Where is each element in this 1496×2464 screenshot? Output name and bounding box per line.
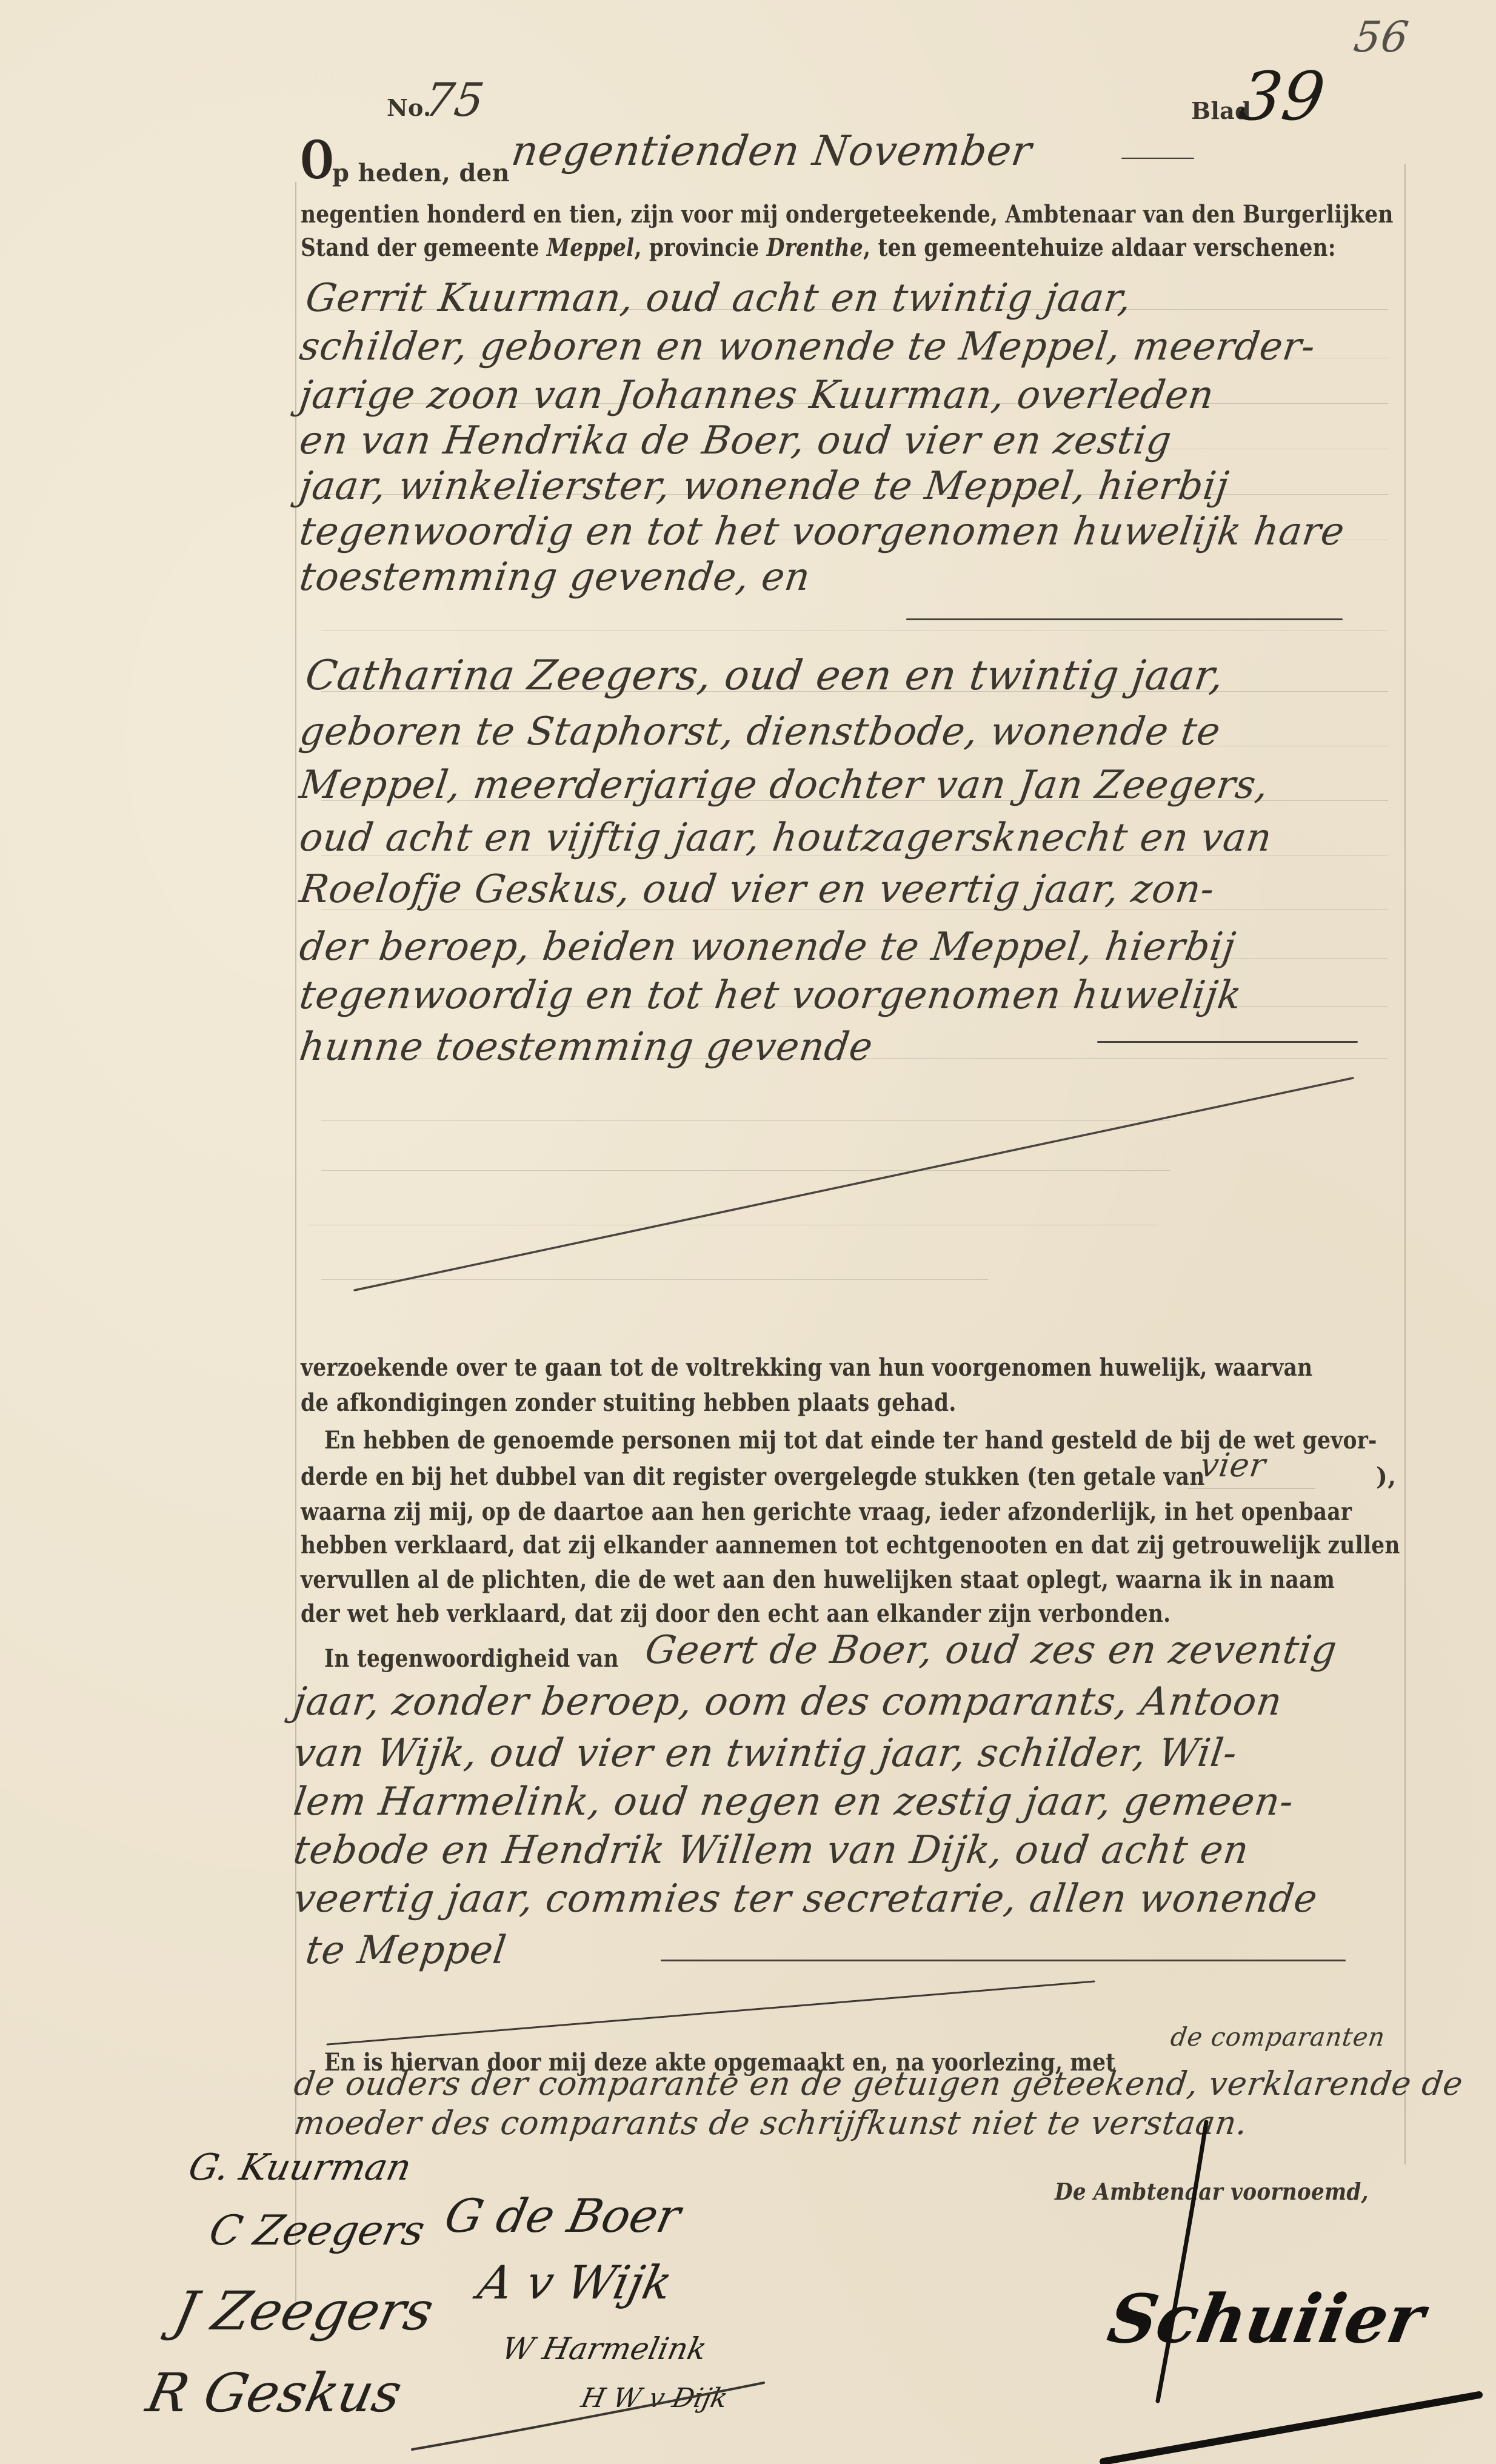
body-line: verzoekende over te gaan tot de voltrekk… — [301, 1353, 1312, 1382]
handwritten-line: lem Harmelink, oud negen en zestig jaar,… — [291, 1779, 1297, 1824]
signature-bride: C Zeegers — [205, 2207, 429, 2255]
official-signature-stroke — [1140, 2116, 1224, 2407]
fill-line — [661, 1960, 1346, 1961]
signature-groom: G. Kuurman — [185, 2146, 415, 2189]
documents-count-handwritten: vier — [1198, 1446, 1268, 1484]
body-line: waarna zij mij, op de daartoe aan hen ge… — [301, 1498, 1352, 1526]
signature-witness-geert-de-boer: G de Boer — [440, 2189, 685, 2243]
body-line: vervullen al de plichten, die de wet aan… — [301, 1565, 1335, 1594]
body-line: de afkondigingen zonder stuiting hebben … — [301, 1388, 957, 1417]
closing-hand-line-1: de ouders der comparante en de getuigen … — [292, 2064, 1465, 2103]
signature-witness-harmelink: W Harmelink — [499, 2331, 710, 2366]
closing-hand-line-2: moeder des comparants de schrijfkunst ni… — [292, 2104, 1250, 2142]
handwritten-line: Geert de Boer, oud zes en zeventig — [643, 1628, 1340, 1673]
witness-intro: In tegenwoordigheid van — [324, 1644, 619, 1673]
handwritten-line: veertig jaar, commies ter secretarie, al… — [291, 1876, 1320, 1921]
closing-superscript: de comparanten — [1169, 2022, 1387, 2052]
signature-witness-van-wijk: A v Wijk — [473, 2255, 677, 2309]
handwritten-line: van Wijk, oud vier en twintig jaar, schi… — [291, 1731, 1240, 1776]
body-line: hebben verklaard, dat zij elkander aanne… — [301, 1531, 1400, 1559]
body-line: der wet heb verklaard, dat zij door den … — [301, 1599, 1170, 1628]
count-fill-line — [1188, 1488, 1315, 1489]
handwritten-line: tebode en Hendrik Willem van Dijk, oud a… — [291, 1828, 1252, 1873]
signature-bride-mother: R Geskus — [141, 2362, 407, 2424]
signature-flourish — [400, 2377, 776, 2462]
body-line: derde en bij het dubbel van dit register… — [301, 1462, 1204, 1491]
handwritten-line: jaar, zonder beroep, oom des comparants,… — [291, 1679, 1285, 1724]
signature-bride-father: J Zeegers — [169, 2280, 439, 2342]
handwritten-line: te Meppel — [303, 1928, 509, 1973]
body-line-end: ), — [1376, 1462, 1396, 1491]
